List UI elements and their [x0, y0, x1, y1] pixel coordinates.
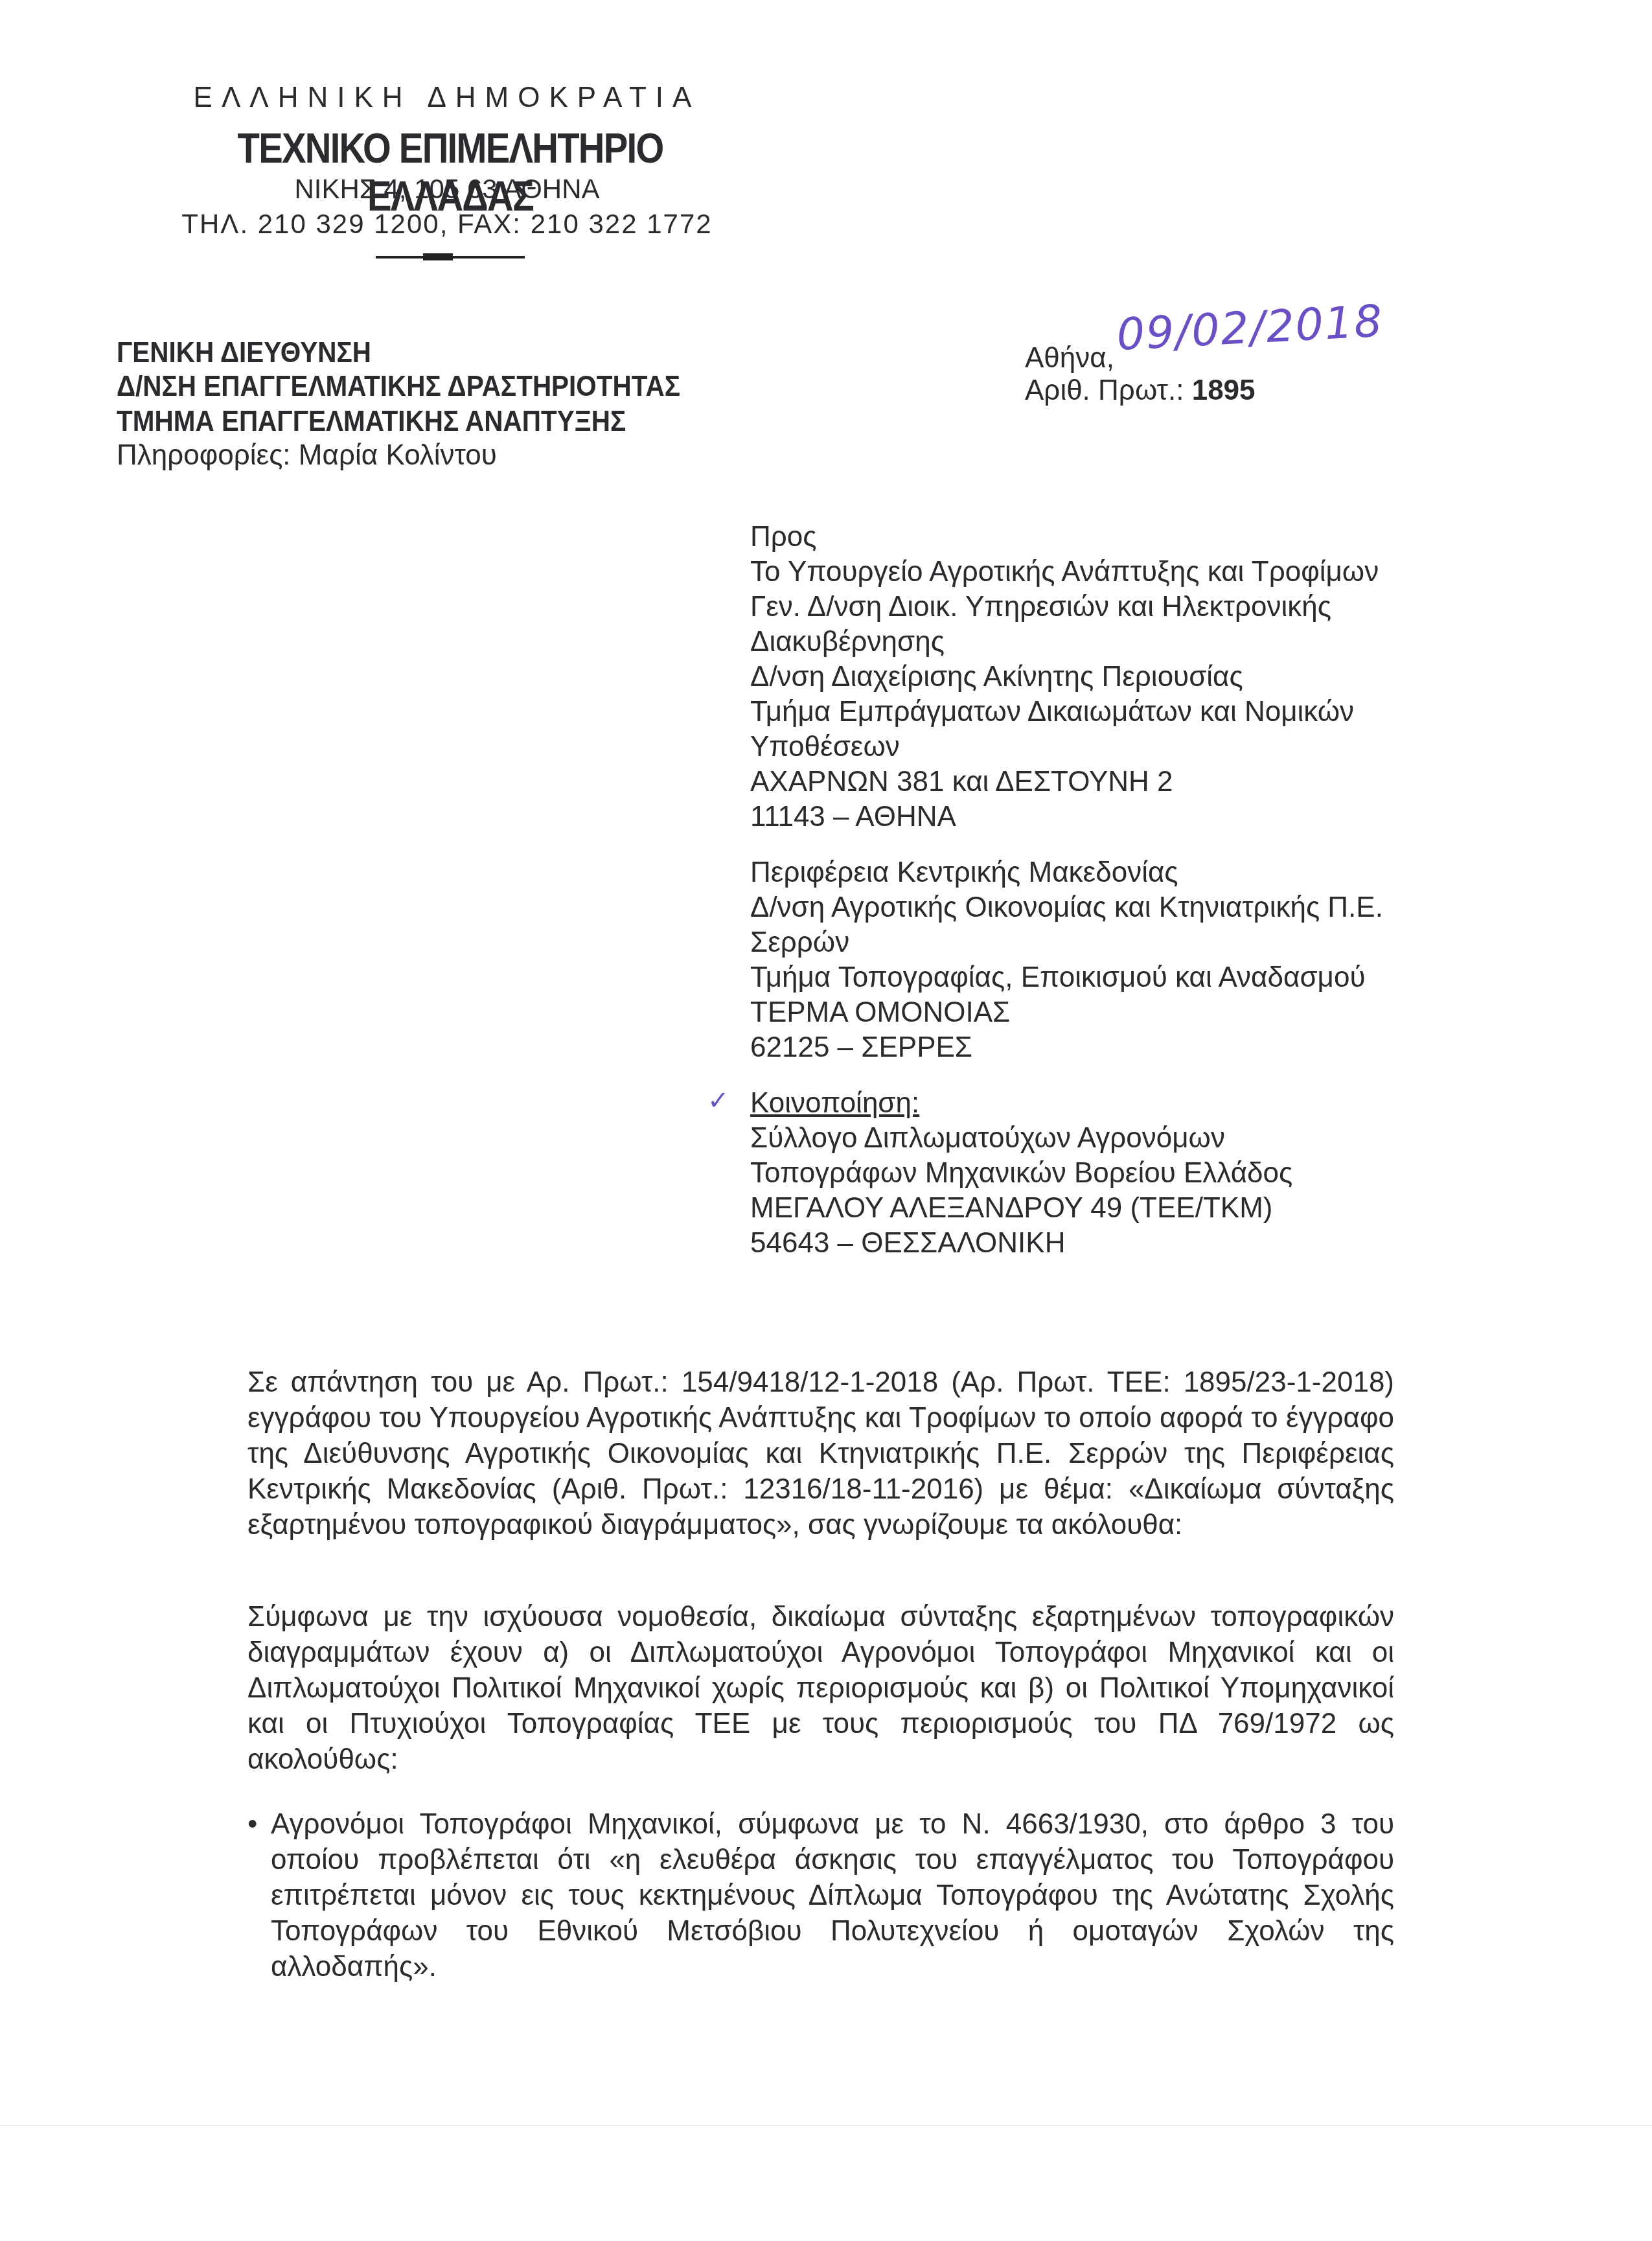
letterhead-divider-mark — [423, 253, 453, 260]
recipient-line: ΤΕΡΜΑ ΟΜΟΝΟΙΑΣ — [750, 995, 1383, 1030]
cc-line: Σύλλογο Διπλωματούχων Αγρονόμων — [750, 1121, 1292, 1156]
letterhead-phone-fax: ΤΗΛ. 210 329 1200, FAX: 210 322 1772 — [130, 209, 764, 240]
cc-block: Κοινοποίηση: Σύλλογο Διπλωματούχων Αγρον… — [750, 1086, 1292, 1261]
recipient-region: Περιφέρεια Κεντρικής Μακεδονίας Δ/νση Αγ… — [750, 855, 1383, 1065]
recipient-line: 11143 – ΑΘΗΝΑ — [750, 799, 1379, 834]
protocol-line: Αριθ. Πρωτ.: 1895 — [1025, 374, 1256, 407]
letterhead-organization: ΤΕΧΝΙΚΟ ΕΠΙΜΕΛΗΤΗΡΙΟ ΕΛΛΑΔΑΣ — [177, 124, 724, 220]
letterhead-address: ΝΙΚΗΣ 4, 105 63 ΑΘΗΝΑ — [162, 174, 732, 205]
recipient-line: Τμήμα Εμπράγματων Δικαιωμάτων και Νομικώ… — [750, 695, 1379, 730]
body-paragraph-legislation: Σύμφωνα με την ισχύουσα νομοθεσία, δικαί… — [247, 1599, 1394, 1777]
checkmark-icon: ✓ — [707, 1086, 729, 1116]
body-bullet-item: • Αγρονόμοι Τοπογράφοι Μηχανικοί, σύμφων… — [247, 1806, 1394, 1984]
recipient-line: Δ/νση Αγροτικής Οικονομίας και Κτηνιατρι… — [750, 890, 1383, 925]
recipient-heading: Προς — [750, 520, 1379, 555]
cc-line: Τοπογράφων Μηχανικών Βορείου Ελλάδος — [750, 1156, 1292, 1191]
recipient-line: Δ/νση Διαχείρισης Ακίνητης Περιουσίας — [750, 660, 1379, 695]
handwritten-date: 09/02/2018 — [1116, 296, 1385, 361]
cc-heading: Κοινοποίηση: — [750, 1086, 1292, 1121]
body-paragraph-reply: Σε απάντηση του με Αρ. Πρωτ.: 154/9418/1… — [247, 1364, 1394, 1543]
recipient-line: Περιφέρεια Κεντρικής Μακεδονίας — [750, 855, 1383, 890]
cc-line: 54643 – ΘΕΣΣΑΛΟΝΙΚΗ — [750, 1226, 1292, 1261]
scan-artifact-line — [0, 2125, 1652, 2126]
cc-line: ΜΕΓΑΛΟΥ ΑΛΕΞΑΝΔΡΟΥ 49 (ΤΕΕ/ΤΚΜ) — [750, 1191, 1292, 1226]
letterhead-country: ΕΛΛΗΝΙΚΗ ΔΗΜΟΚΡΑΤΙΑ — [162, 82, 732, 114]
recipient-line: Σερρών — [750, 925, 1383, 960]
recipient-line: ΑΧΑΡΝΩΝ 381 και ΔΕΣΤΟΥΝΗ 2 — [750, 764, 1379, 799]
sender-directorate: Δ/ΝΣΗ ΕΠΑΓΓΕΛΜΑΤΙΚΗΣ ΔΡΑΣΤΗΡΙΟΤΗΤΑΣ — [117, 371, 680, 403]
recipient-line: Γεν. Δ/νση Διοικ. Υπηρεσιών και Ηλεκτρον… — [750, 590, 1379, 625]
recipient-line: Το Υπουργείο Αγροτικής Ανάπτυξης και Τρο… — [750, 555, 1379, 590]
recipient-line: 62125 – ΣΕΡΡΕΣ — [750, 1030, 1383, 1065]
protocol-number: 1895 — [1192, 374, 1256, 406]
bullet-text: Αγρονόμοι Τοπογράφοι Μηχανικοί, σύμφωνα … — [271, 1806, 1394, 1984]
sender-general-directorate: ΓΕΝΙΚΗ ΔΙΕΥΘΥΝΣΗ — [117, 337, 371, 369]
protocol-label: Αριθ. Πρωτ.: — [1025, 374, 1184, 406]
recipient-line: Τμήμα Τοπογραφίας, Εποικισμού και Αναδασ… — [750, 960, 1383, 995]
recipient-ministry: Προς Το Υπουργείο Αγροτικής Ανάπτυξης κα… — [750, 520, 1379, 834]
sender-contact-info: Πληροφορίες: Μαρία Κολίντου — [117, 439, 497, 472]
sender-department: ΤΜΗΜΑ ΕΠΑΓΓΕΛΜΑΤΙΚΗΣ ΑΝΑΠΤΥΞΗΣ — [117, 406, 626, 438]
bullet-icon: • — [247, 1806, 271, 1984]
recipient-line: Υποθέσεων — [750, 730, 1379, 764]
recipient-line: Διακυβέρνησης — [750, 625, 1379, 660]
date-label: Αθήνα, — [1025, 342, 1114, 374]
